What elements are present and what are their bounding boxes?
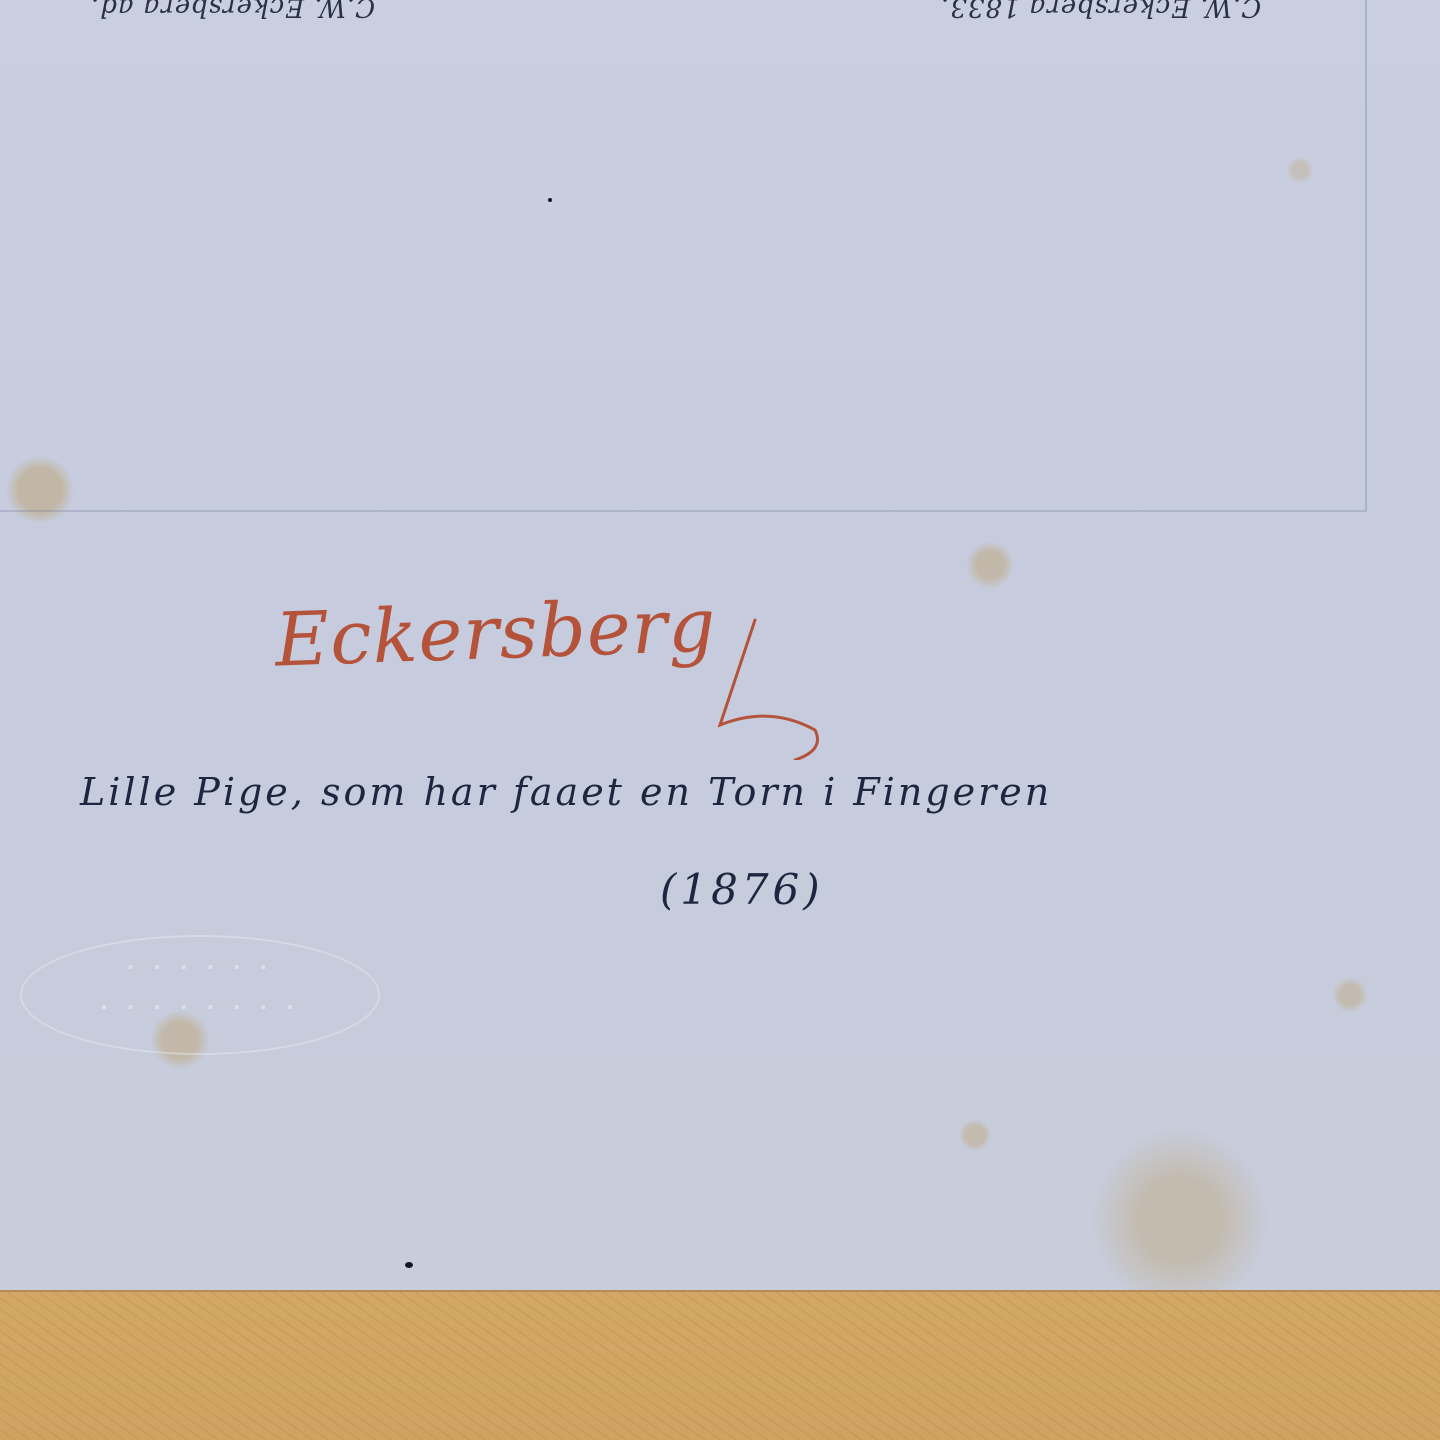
plate-mark <box>0 0 1367 512</box>
pencil-caption: Lille Pige, som har faaet en Torn i Fing… <box>80 770 1052 814</box>
ink-spot <box>405 1262 413 1268</box>
blind-stamp: · · · · · · · · · · · · · · <box>20 935 380 1055</box>
red-chalk-signature: Eckersberg <box>274 582 718 683</box>
mirrored-plate-inscription-left: C.W. Eckersberg ad. <box>90 0 375 22</box>
signature-flourish-icon <box>700 610 830 760</box>
paper-sheet: C.W. Eckersberg ad. C.W. Eckersberg 1833… <box>0 0 1440 1290</box>
mirrored-plate-inscription-right: C.W. Eckersberg 1833. <box>940 0 1261 22</box>
pencil-year: (1876) <box>660 865 824 914</box>
blind-stamp-line-1: · · · · · · <box>22 947 378 987</box>
mat-board <box>0 1290 1440 1440</box>
blind-stamp-line-2: · · · · · · · · <box>22 987 378 1027</box>
ink-speck <box>548 198 552 202</box>
